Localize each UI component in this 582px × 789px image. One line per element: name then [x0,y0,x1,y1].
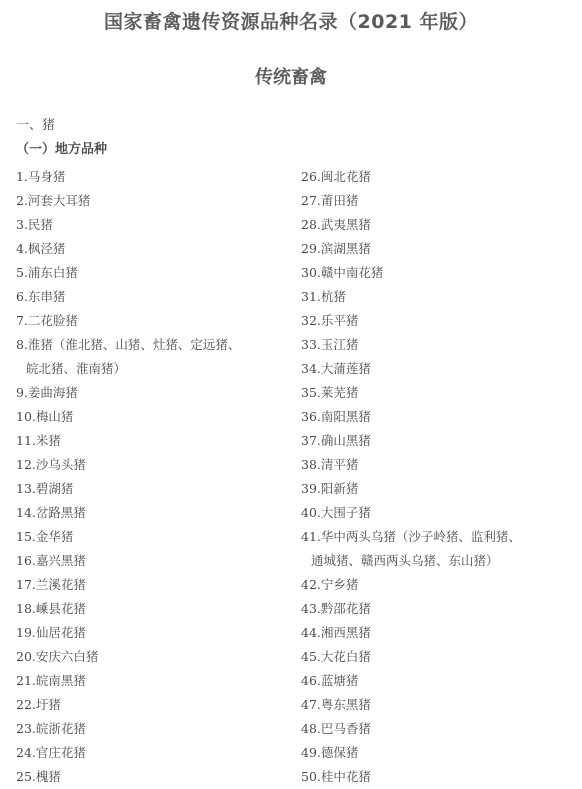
list-item-text: 35.莱芜猪 [301,385,358,400]
list-item: 26.闽北花猪 [301,165,576,189]
list-item-text: 49.德保猪 [301,745,358,760]
list-item: 4.枫泾猪 [16,237,286,261]
list-item-text: 39.阳新猪 [301,481,358,496]
list-item: 6.东串猪 [16,285,286,309]
list-item-text: 36.南阳黑猪 [301,409,371,424]
list-item-text: 10.梅山猪 [16,409,73,424]
list-item: 37.确山黑猪 [301,429,576,453]
list-item: 50.桂中花猪 [301,765,576,789]
list-item: 17.兰溪花猪 [16,573,286,597]
list-item: 36.南阳黑猪 [301,405,576,429]
list-item-text: 46.蓝塘猪 [301,673,358,688]
list-item: 2.河套大耳猪 [16,189,286,213]
list-item: 9.姜曲海猪 [16,381,286,405]
list-item-text: 17.兰溪花猪 [16,577,86,592]
list-item: 25.槐猪 [16,765,286,789]
list-item-text: 22.圩猪 [16,697,61,712]
subsection-heading: （一）地方品种 [16,140,107,160]
list-item-continuation: 皖北猪、淮南猪） [16,357,286,381]
list-item-text: 31.杭猪 [301,289,346,304]
list-item-text: 19.仙居花猪 [16,625,86,640]
list-item-text: 47.粤东黑猪 [301,697,371,712]
section-heading: 一、猪 [16,116,55,136]
list-item-text: 7.二花脸猪 [16,313,78,328]
list-item-text: 18.嵊县花猪 [16,601,86,616]
list-item-text: 43.黔邵花猪 [301,601,371,616]
list-item-text: 1.马身猪 [16,169,65,184]
list-item-text: 29.滨湖黑猪 [301,241,371,256]
list-item-text: 20.安庆六白猪 [16,649,98,664]
list-item-text: 40.大围子猪 [301,505,371,520]
list-item: 8.淮猪（淮北猪、山猪、灶猪、定远猪、皖北猪、淮南猪） [16,333,286,381]
list-item-text: 30.赣中南花猪 [301,265,383,280]
list-item-text: 34.大蒲莲猪 [301,361,371,376]
list-item-text: 27.莆田猪 [301,193,358,208]
list-item-text: 12.沙乌头猪 [16,457,86,472]
list-item-text: 28.武夷黑猪 [301,217,371,232]
list-item-text: 6.东串猪 [16,289,65,304]
list-item-text: 9.姜曲海猪 [16,385,78,400]
document-title: 国家畜禽遗传资源品种名录（2021 年版） [0,8,582,36]
list-item: 32.乐平猪 [301,309,576,333]
list-item: 41.华中两头乌猪（沙子岭猪、监利猪、通城猪、赣西两头乌猪、东山猪） [301,525,576,573]
list-item-text: 33.玉江猪 [301,337,358,352]
list-item-text: 15.金华猪 [16,529,73,544]
list-item: 40.大围子猪 [301,501,576,525]
list-item-text: 4.枫泾猪 [16,241,65,256]
list-item: 7.二花脸猪 [16,309,286,333]
list-item: 39.阳新猪 [301,477,576,501]
list-item: 21.皖南黑猪 [16,669,286,693]
list-item: 49.德保猪 [301,741,576,765]
list-item-text: 50.桂中花猪 [301,769,371,784]
breed-list-right: 26.闽北花猪27.莆田猪28.武夷黑猪29.滨湖黑猪30.赣中南花猪31.杭猪… [301,165,576,789]
list-item: 42.宁乡猪 [301,573,576,597]
list-item-text: 14.岔路黑猪 [16,505,86,520]
list-item: 18.嵊县花猪 [16,597,286,621]
list-item-text: 41.华中两头乌猪（沙子岭猪、监利猪、 [301,529,521,544]
list-item: 23.皖浙花猪 [16,717,286,741]
list-item-text: 3.民猪 [16,217,53,232]
list-item: 27.莆田猪 [301,189,576,213]
list-item: 30.赣中南花猪 [301,261,576,285]
list-item: 24.官庄花猪 [16,741,286,765]
list-item-text: 37.确山黑猪 [301,433,371,448]
list-item-text: 25.槐猪 [16,769,61,784]
list-item: 48.巴马香猪 [301,717,576,741]
list-item-text: 32.乐平猪 [301,313,358,328]
list-item-text: 11.米猪 [16,433,61,448]
list-item: 15.金华猪 [16,525,286,549]
list-item: 5.浦东白猪 [16,261,286,285]
list-item-text: 21.皖南黑猪 [16,673,86,688]
list-item: 22.圩猪 [16,693,286,717]
list-item: 10.梅山猪 [16,405,286,429]
list-item: 16.嘉兴黑猪 [16,549,286,573]
list-item: 28.武夷黑猪 [301,213,576,237]
list-item: 35.莱芜猪 [301,381,576,405]
list-item: 46.蓝塘猪 [301,669,576,693]
list-item: 38.清平猪 [301,453,576,477]
list-item: 43.黔邵花猪 [301,597,576,621]
list-item-text: 2.河套大耳猪 [16,193,90,208]
list-item-text: 5.浦东白猪 [16,265,78,280]
list-item-text: 8.淮猪（淮北猪、山猪、灶猪、定远猪、 [16,337,240,352]
document-subtitle: 传统畜禽 [0,64,582,92]
list-item-text: 16.嘉兴黑猪 [16,553,86,568]
list-item: 3.民猪 [16,213,286,237]
list-item: 47.粤东黑猪 [301,693,576,717]
list-item: 19.仙居花猪 [16,621,286,645]
list-item-text: 26.闽北花猪 [301,169,371,184]
list-item-text: 48.巴马香猪 [301,721,371,736]
list-item-text: 44.湘西黑猪 [301,625,371,640]
list-item-text: 38.清平猪 [301,457,358,472]
list-item-text: 23.皖浙花猪 [16,721,86,736]
breed-list-left: 1.马身猪2.河套大耳猪3.民猪4.枫泾猪5.浦东白猪6.东串猪7.二花脸猪8.… [16,165,286,789]
list-item: 20.安庆六白猪 [16,645,286,669]
list-item: 11.米猪 [16,429,286,453]
list-item-text: 24.官庄花猪 [16,745,86,760]
list-item: 31.杭猪 [301,285,576,309]
list-item: 12.沙乌头猪 [16,453,286,477]
list-item: 14.岔路黑猪 [16,501,286,525]
list-item: 29.滨湖黑猪 [301,237,576,261]
list-item: 45.大花白猪 [301,645,576,669]
list-item: 13.碧湖猪 [16,477,286,501]
list-item: 34.大蒲莲猪 [301,357,576,381]
list-item-text: 45.大花白猪 [301,649,371,664]
list-item-text: 13.碧湖猪 [16,481,73,496]
list-item-continuation: 通城猪、赣西两头乌猪、东山猪） [301,549,576,573]
list-item: 33.玉江猪 [301,333,576,357]
list-item: 1.马身猪 [16,165,286,189]
list-item-text: 42.宁乡猪 [301,577,358,592]
list-item: 44.湘西黑猪 [301,621,576,645]
